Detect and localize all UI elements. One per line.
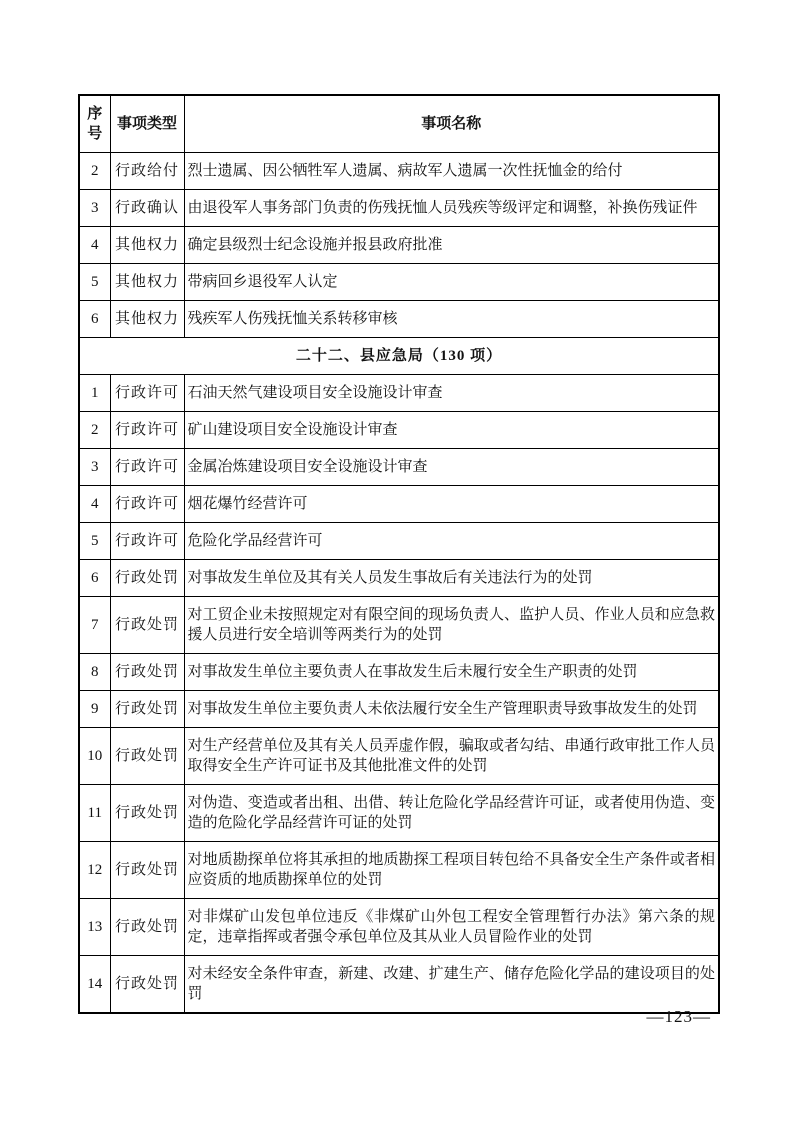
item-name: 带病回乡退役军人认定 <box>184 264 719 301</box>
header-cell-item-name: 事项名称 <box>184 95 719 153</box>
table-row: 5其他权力带病回乡退役军人认定 <box>79 264 719 301</box>
item-name: 对地质勘探单位将其承担的地质勘探工程项目转包给不具备安全生产条件或者相应资质的地… <box>184 842 719 899</box>
row-number: 7 <box>79 597 110 654</box>
row-number: 5 <box>79 523 110 560</box>
item-type: 行政处罚 <box>110 899 184 956</box>
table-body: 2行政给付烈士遗属、因公牺牲军人遗属、病故军人遗属一次性抚恤金的给付3行政确认由… <box>79 153 719 1014</box>
table-row: 3行政确认由退役军人事务部门负责的伤残抚恤人员残疾等级评定和调整，补换伤残证件 <box>79 190 719 227</box>
item-type: 行政处罚 <box>110 728 184 785</box>
item-name: 危险化学品经营许可 <box>184 523 719 560</box>
table-row: 9行政处罚对事故发生单位主要负责人未依法履行安全生产管理职责导致事故发生的处罚 <box>79 691 719 728</box>
table-row: 8行政处罚对事故发生单位主要负责人在事故发生后未履行安全生产职责的处罚 <box>79 654 719 691</box>
item-name: 金属冶炼建设项目安全设施设计审查 <box>184 449 719 486</box>
row-number: 2 <box>79 153 110 190</box>
item-name: 对伪造、变造或者出租、出借、转让危险化学品经营许可证，或者使用伪造、变造的危险化… <box>184 785 719 842</box>
item-type: 行政处罚 <box>110 654 184 691</box>
table-row: 2行政许可矿山建设项目安全设施设计审查 <box>79 412 719 449</box>
item-type: 行政处罚 <box>110 691 184 728</box>
item-type: 行政处罚 <box>110 597 184 654</box>
page-number: —123— <box>647 1007 712 1027</box>
row-number: 3 <box>79 190 110 227</box>
item-name: 对未经安全条件审查，新建、改建、扩建生产、储存危险化学品的建设项目的处罚 <box>184 956 719 1014</box>
item-type: 行政许可 <box>110 412 184 449</box>
table-header-row: 序号 事项类型 事项名称 <box>79 95 719 153</box>
item-type: 行政处罚 <box>110 956 184 1014</box>
item-name: 对事故发生单位及其有关人员发生事故后有关违法行为的处罚 <box>184 560 719 597</box>
item-type: 行政许可 <box>110 523 184 560</box>
row-number: 14 <box>79 956 110 1014</box>
row-number: 9 <box>79 691 110 728</box>
table-row: 5行政许可危险化学品经营许可 <box>79 523 719 560</box>
section-header-row: 二十二、县应急局（130 项） <box>79 338 719 375</box>
header-cell-item-type: 事项类型 <box>110 95 184 153</box>
row-number: 13 <box>79 899 110 956</box>
item-type: 其他权力 <box>110 264 184 301</box>
row-number: 10 <box>79 728 110 785</box>
item-type: 其他权力 <box>110 227 184 264</box>
item-type: 行政确认 <box>110 190 184 227</box>
row-number: 1 <box>79 375 110 412</box>
table-row: 7行政处罚对工贸企业未按照规定对有限空间的现场负责人、监护人员、作业人员和应急救… <box>79 597 719 654</box>
item-name: 确定县级烈士纪念设施并报县政府批准 <box>184 227 719 264</box>
table-row: 12行政处罚对地质勘探单位将其承担的地质勘探工程项目转包给不具备安全生产条件或者… <box>79 842 719 899</box>
item-name: 矿山建设项目安全设施设计审查 <box>184 412 719 449</box>
row-number: 12 <box>79 842 110 899</box>
items-table: 序号 事项类型 事项名称 2行政给付烈士遗属、因公牺牲军人遗属、病故军人遗属一次… <box>78 94 720 1014</box>
table-row: 4行政许可烟花爆竹经营许可 <box>79 486 719 523</box>
row-number: 6 <box>79 560 110 597</box>
row-number: 4 <box>79 227 110 264</box>
item-type: 其他权力 <box>110 301 184 338</box>
table-row: 13行政处罚对非煤矿山发包单位违反《非煤矿山外包工程安全管理暂行办法》第六条的规… <box>79 899 719 956</box>
document-page: 序号 事项类型 事项名称 2行政给付烈士遗属、因公牺牲军人遗属、病故军人遗属一次… <box>0 0 793 1122</box>
header-cell-index: 序号 <box>79 95 110 153</box>
table-row: 4其他权力确定县级烈士纪念设施并报县政府批准 <box>79 227 719 264</box>
section-header: 二十二、县应急局（130 项） <box>79 338 719 375</box>
item-name: 对工贸企业未按照规定对有限空间的现场负责人、监护人员、作业人员和应急救援人员进行… <box>184 597 719 654</box>
item-type: 行政处罚 <box>110 560 184 597</box>
item-type: 行政许可 <box>110 486 184 523</box>
row-number: 6 <box>79 301 110 338</box>
table-row: 2行政给付烈士遗属、因公牺牲军人遗属、病故军人遗属一次性抚恤金的给付 <box>79 153 719 190</box>
item-name: 对生产经营单位及其有关人员弄虚作假，骗取或者勾结、串通行政审批工作人员取得安全生… <box>184 728 719 785</box>
item-type: 行政给付 <box>110 153 184 190</box>
table-row: 3行政许可金属冶炼建设项目安全设施设计审查 <box>79 449 719 486</box>
table-row: 1行政许可石油天然气建设项目安全设施设计审查 <box>79 375 719 412</box>
item-type: 行政许可 <box>110 375 184 412</box>
table-row: 6其他权力残疾军人伤残抚恤关系转移审核 <box>79 301 719 338</box>
item-name: 石油天然气建设项目安全设施设计审查 <box>184 375 719 412</box>
table-row: 6行政处罚对事故发生单位及其有关人员发生事故后有关违法行为的处罚 <box>79 560 719 597</box>
item-name: 对事故发生单位主要负责人未依法履行安全生产管理职责导致事故发生的处罚 <box>184 691 719 728</box>
table-row: 14行政处罚对未经安全条件审查，新建、改建、扩建生产、储存危险化学品的建设项目的… <box>79 956 719 1014</box>
row-number: 8 <box>79 654 110 691</box>
row-number: 4 <box>79 486 110 523</box>
table-row: 11行政处罚对伪造、变造或者出租、出借、转让危险化学品经营许可证，或者使用伪造、… <box>79 785 719 842</box>
row-number: 3 <box>79 449 110 486</box>
item-name: 对非煤矿山发包单位违反《非煤矿山外包工程安全管理暂行办法》第六条的规定，违章指挥… <box>184 899 719 956</box>
item-name: 烟花爆竹经营许可 <box>184 486 719 523</box>
item-name: 残疾军人伤残抚恤关系转移审核 <box>184 301 719 338</box>
table-row: 10行政处罚对生产经营单位及其有关人员弄虚作假，骗取或者勾结、串通行政审批工作人… <box>79 728 719 785</box>
item-type: 行政许可 <box>110 449 184 486</box>
row-number: 5 <box>79 264 110 301</box>
row-number: 11 <box>79 785 110 842</box>
item-type: 行政处罚 <box>110 842 184 899</box>
item-type: 行政处罚 <box>110 785 184 842</box>
row-number: 2 <box>79 412 110 449</box>
item-name: 对事故发生单位主要负责人在事故发生后未履行安全生产职责的处罚 <box>184 654 719 691</box>
item-name: 由退役军人事务部门负责的伤残抚恤人员残疾等级评定和调整，补换伤残证件 <box>184 190 719 227</box>
item-name: 烈士遗属、因公牺牲军人遗属、病故军人遗属一次性抚恤金的给付 <box>184 153 719 190</box>
